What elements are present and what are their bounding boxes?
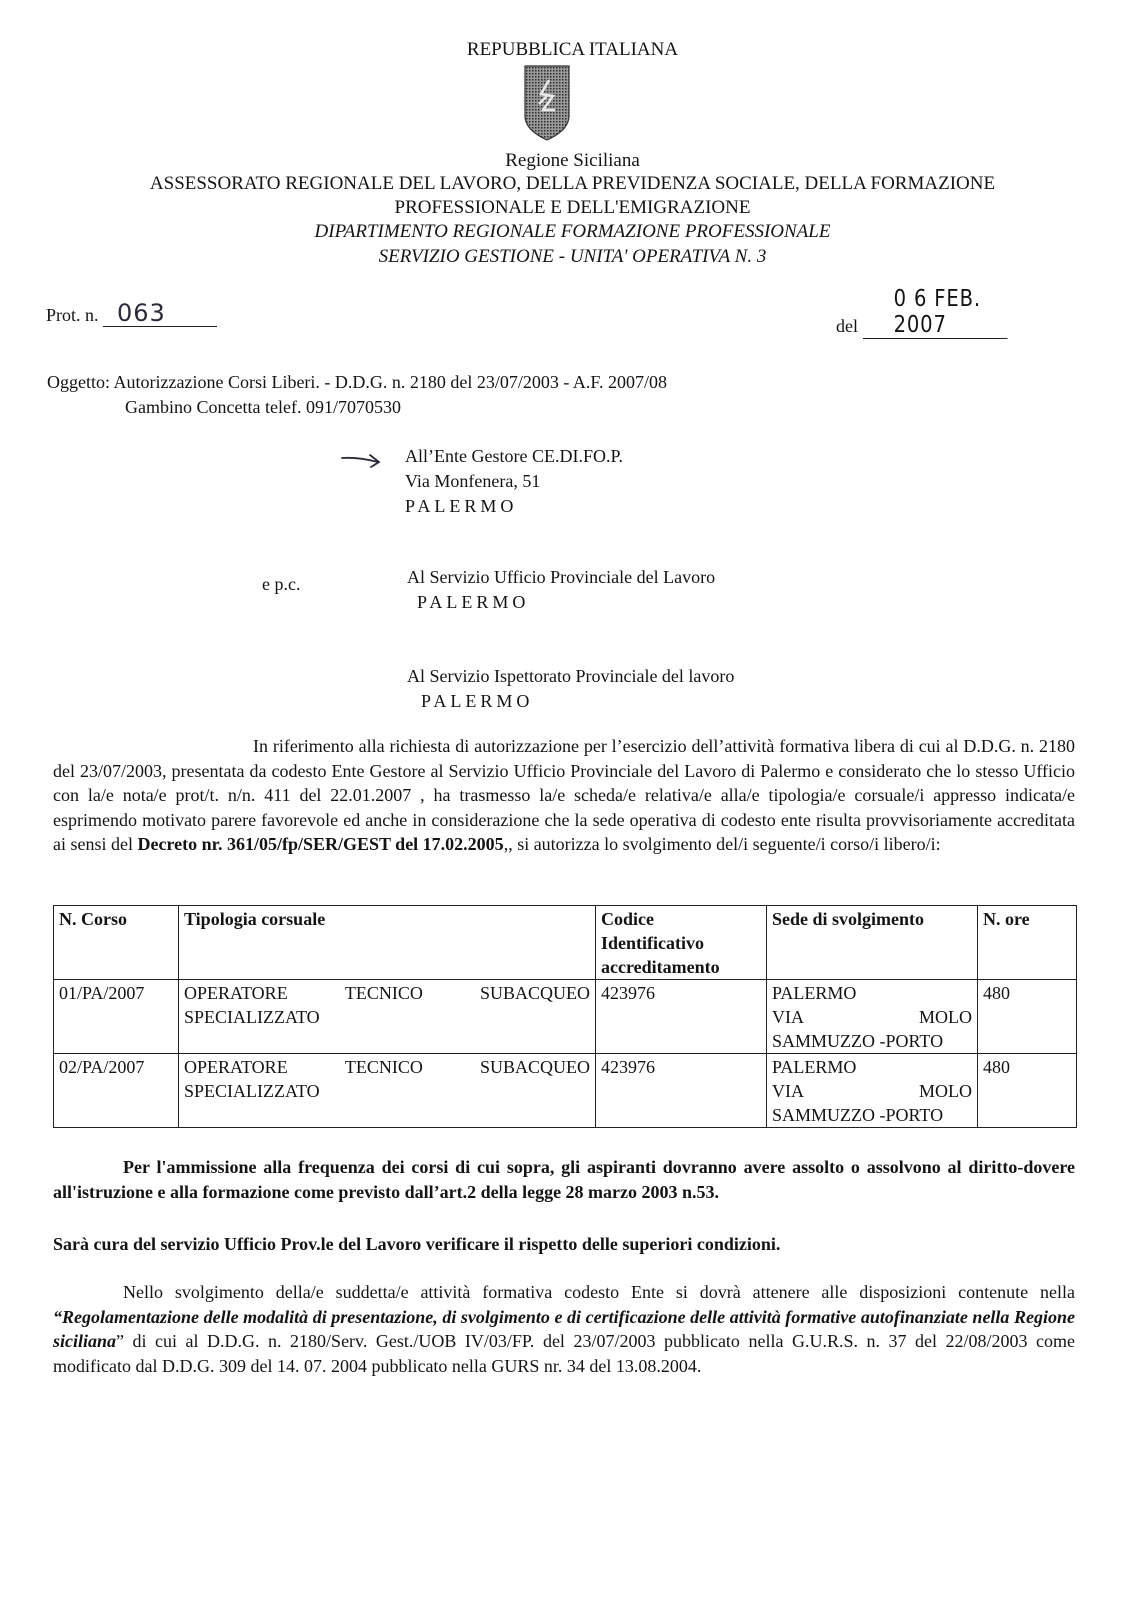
cc1-city: PALERMO [407, 590, 715, 615]
protocol-line: Prot. n. 063 [46, 300, 217, 327]
table-row: 02/PA/2007 OPERATORE TECNICO SUBACQUEO S… [54, 1054, 1077, 1128]
protocol-number: 063 [103, 300, 217, 327]
table-row: 01/PA/2007 OPERATORE TECNICO SUBACQUEO S… [54, 980, 1077, 1054]
service-name: SERVIZIO GESTIONE - UNITA' OPERATIVA N. … [0, 245, 1145, 269]
cc-label: e p.c. [262, 572, 300, 597]
trinacria-crest-icon [523, 64, 571, 142]
subject-block: Oggetto: Autorizzazione Corsi Liberi. - … [47, 370, 667, 420]
cell-sede: PALERMO VIA MOLO SAMMUZZO -PORTO [767, 980, 978, 1054]
cc2-name: Al Servizio Ispettorato Provinciale del … [407, 664, 734, 689]
cell-tipologia: OPERATORE TECNICO SUBACQUEO SPECIALIZZAT… [179, 980, 596, 1054]
regulation-paragraph: Nello svolgimento della/e suddetta/e att… [53, 1280, 1075, 1378]
cell-sede: PALERMO VIA MOLO SAMMUZZO -PORTO [767, 1054, 978, 1128]
intro-paragraph: In riferimento alla richiesta di autoriz… [53, 734, 1075, 857]
header-codice: Codice Identificativo accreditamento [596, 906, 767, 980]
recipient-name: All’Ente Gestore CE.DI.FO.P. [405, 444, 623, 469]
header-sede: Sede di svolgimento [767, 906, 978, 980]
table-header-row: N. Corso Tipologia corsuale Codice Ident… [54, 906, 1077, 980]
cell-ore: 480 [978, 980, 1077, 1054]
verification-paragraph: Sarà cura del servizio Ufficio Prov.le d… [53, 1232, 1075, 1257]
handwritten-arrow-icon [340, 450, 384, 470]
assessorato-line1: ASSESSORATO REGIONALE DEL LAVORO, DELLA … [0, 172, 1145, 196]
cc-recipient-2: Al Servizio Ispettorato Provinciale del … [407, 664, 734, 714]
cell-codice: 423976 [596, 1054, 767, 1128]
cc2-city: PALERMO [407, 689, 734, 714]
contact-line: Gambino Concetta telef. 091/7070530 [47, 395, 667, 420]
decree-reference: Decreto nr. 361/05/fp/SER/GEST del 17.02… [137, 834, 503, 854]
recipient-city: PALERMO [405, 494, 623, 519]
header-ore: N. ore [978, 906, 1077, 980]
cell-corso: 01/PA/2007 [54, 980, 179, 1054]
cell-ore: 480 [978, 1054, 1077, 1128]
courses-table: N. Corso Tipologia corsuale Codice Ident… [53, 905, 1077, 1128]
date-stamp: 0 6 FEB. 2007 [863, 286, 1008, 339]
header-corso: N. Corso [54, 906, 179, 980]
cc-recipient-1: Al Servizio Ufficio Provinciale del Lavo… [407, 565, 715, 615]
date-label: del [836, 316, 858, 336]
cell-corso: 02/PA/2007 [54, 1054, 179, 1128]
admission-paragraph: Per l'ammissione alla frequenza dei cors… [53, 1155, 1075, 1204]
department-name: DIPARTIMENTO REGIONALE FORMAZIONE PROFES… [0, 220, 1145, 244]
recipient-address: Via Monfenera, 51 [405, 469, 623, 494]
header-tipologia: Tipologia corsuale [179, 906, 596, 980]
subject-line: Oggetto: Autorizzazione Corsi Liberi. - … [47, 370, 667, 395]
cell-codice: 423976 [596, 980, 767, 1054]
region-name: Regione Siciliana [0, 149, 1145, 173]
date-line: del 0 6 FEB. 2007 [836, 286, 1033, 339]
primary-recipient: All’Ente Gestore CE.DI.FO.P. Via Monfene… [405, 444, 623, 519]
protocol-label: Prot. n. [46, 305, 99, 325]
assessorato-line2: PROFESSIONALE E DELL'EMIGRAZIONE [0, 196, 1145, 220]
cc1-name: Al Servizio Ufficio Provinciale del Lavo… [407, 565, 715, 590]
cell-tipologia: OPERATORE TECNICO SUBACQUEO SPECIALIZZAT… [179, 1054, 596, 1128]
republic-title: REPUBBLICA ITALIANA [0, 38, 1145, 62]
